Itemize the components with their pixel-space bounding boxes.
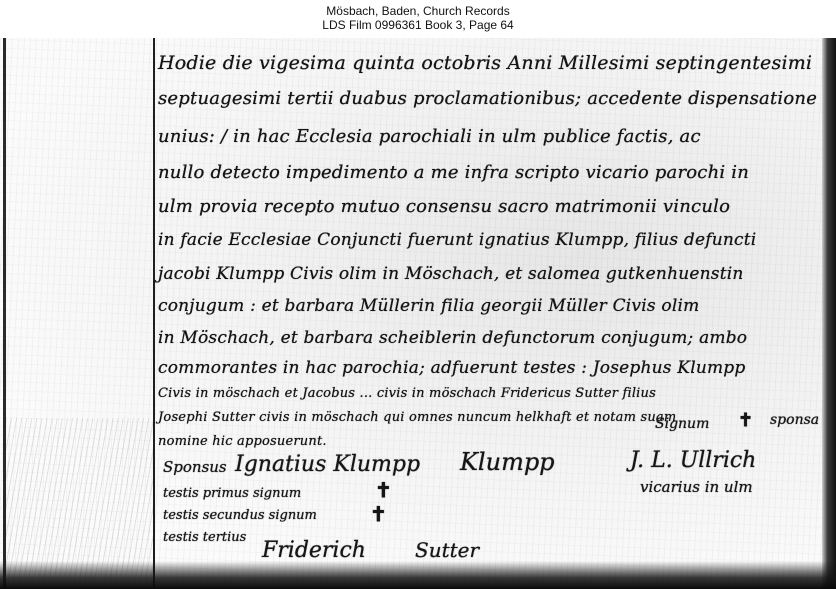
cross-mark-icon: ✝ [738, 410, 753, 431]
text-line: conjugum : et barbara Müllerin filia geo… [158, 296, 699, 316]
text-line: unius: / in hac Ecclesia parochiali in u… [158, 126, 701, 147]
text-line: in facie Ecclesiae Conjuncti fuerunt ign… [158, 230, 756, 250]
text-line: ulm provia recepto mutuo consensu sacro … [158, 196, 730, 217]
signature-klumpp: Klumpp [460, 448, 555, 476]
text-line: Civis in möschach et Jacobus ... civis i… [158, 386, 656, 401]
text-line: nomine hic apposuerunt. [158, 434, 327, 449]
witness-1-label: testis primus signum [163, 486, 301, 501]
priest-signature: J. L. Ullrich [630, 448, 756, 473]
signature-friderich: Friderich [262, 538, 366, 563]
page-right-shadow [822, 38, 836, 589]
scanned-document: Hodie die vigesima quinta octobris Anni … [0, 38, 836, 589]
text-line: in Möschach, et barbara scheiblerin defu… [158, 328, 747, 348]
signature-sutter: Sutter [415, 538, 479, 562]
film-reference: LDS Film 0996361 Book 3, Page 64 [0, 18, 836, 32]
page-bottom-shadow [0, 561, 836, 589]
text-line: jacobi Klumpp Civis olim in Möschach, et… [158, 264, 744, 284]
priest-title: vicarius in ulm [640, 478, 753, 496]
witness-3-label: testis tertius [163, 530, 246, 545]
text-line: Josephi Sutter civis in möschach qui omn… [158, 410, 676, 425]
signum-label: Signum [655, 416, 709, 432]
record-title: Mösbach, Baden, Church Records [0, 4, 836, 18]
text-line: commorantes in hac parochia; adfuerunt t… [158, 358, 745, 378]
margin-stain [6, 418, 153, 578]
sponsus-label: Sponsus [163, 458, 227, 476]
cross-mark-icon: ✝ [375, 478, 392, 502]
text-line: nullo detecto impedimento a me infra scr… [158, 162, 749, 183]
margin-rule [153, 38, 155, 589]
sponsa-label: sponsa [770, 412, 819, 428]
cross-mark-icon: ✝ [370, 502, 387, 526]
text-line: septuagesimi tertii duabus proclamationi… [158, 88, 817, 109]
text-line: Hodie die vigesima quinta octobris Anni … [158, 52, 812, 74]
signature-groom: Ignatius Klumpp [235, 452, 420, 477]
witness-2-label: testis secundus signum [163, 508, 317, 523]
page-header: Mösbach, Baden, Church Records LDS Film … [0, 0, 836, 38]
